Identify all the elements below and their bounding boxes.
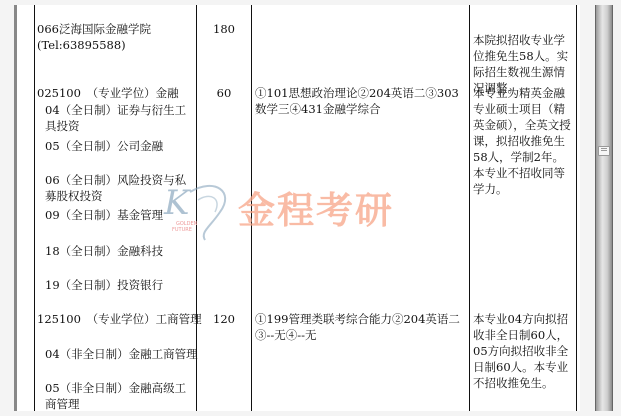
direction-label: 04（全日制）证券与衍生工具投资 xyxy=(45,103,186,133)
unit-tel: (Tel:63895588) xyxy=(37,37,126,53)
direction-item: 05（非全日制）金融高级工商管理 xyxy=(45,380,195,412)
major-mba: 125100 （专业学位）工商管理 xyxy=(37,311,202,327)
major-finance-note: 本专业为精英金融专业硕士项目（精英金硕），全英文授课，拟招收推免生58人，学制2… xyxy=(473,85,573,197)
major-finance-quota: 60 xyxy=(197,85,251,101)
major-finance: 025100 （专业学位）金融 xyxy=(37,85,179,101)
major-finance-exam: ①101思想政治理论②204英语二③303数学三④431金融学综合 xyxy=(255,85,467,117)
major-mba-exam: ①199管理类联考综合能力②204英语二③--无④--无 xyxy=(255,311,467,343)
direction-item: 18（全日制）金融科技 xyxy=(45,243,163,259)
direction-item: 04（全日制）证券与衍生工具投资 xyxy=(45,102,193,134)
major-mba-quota: 120 xyxy=(197,311,251,327)
watermark-text: 金程考研 xyxy=(238,180,394,234)
watermark-sub2: FUTURE xyxy=(172,227,192,233)
direction-item: 19（全日制）投资银行 xyxy=(45,277,163,293)
major-mba-note: 本专业04方向拟招收非全日制60人，05方向拟招收非全日制60人。本专业不招收推… xyxy=(473,311,573,391)
scrollbar-grip-icon[interactable] xyxy=(598,146,610,156)
unit-quota: 180 xyxy=(197,21,251,37)
table-border-right xyxy=(576,5,577,411)
svg-text:K: K xyxy=(163,183,192,223)
direction-item: 05（全日制）公司金融 xyxy=(45,138,163,154)
vertical-scrollbar[interactable] xyxy=(595,5,613,411)
unit-name: 066泛海国际金融学院 xyxy=(37,21,151,37)
direction-item: 09（全日制）基金管理 xyxy=(45,207,163,223)
table-border-left xyxy=(34,5,35,411)
column-divider-note xyxy=(469,5,470,411)
direction-item: 04（非全日制）金融工商管理 xyxy=(45,346,198,362)
